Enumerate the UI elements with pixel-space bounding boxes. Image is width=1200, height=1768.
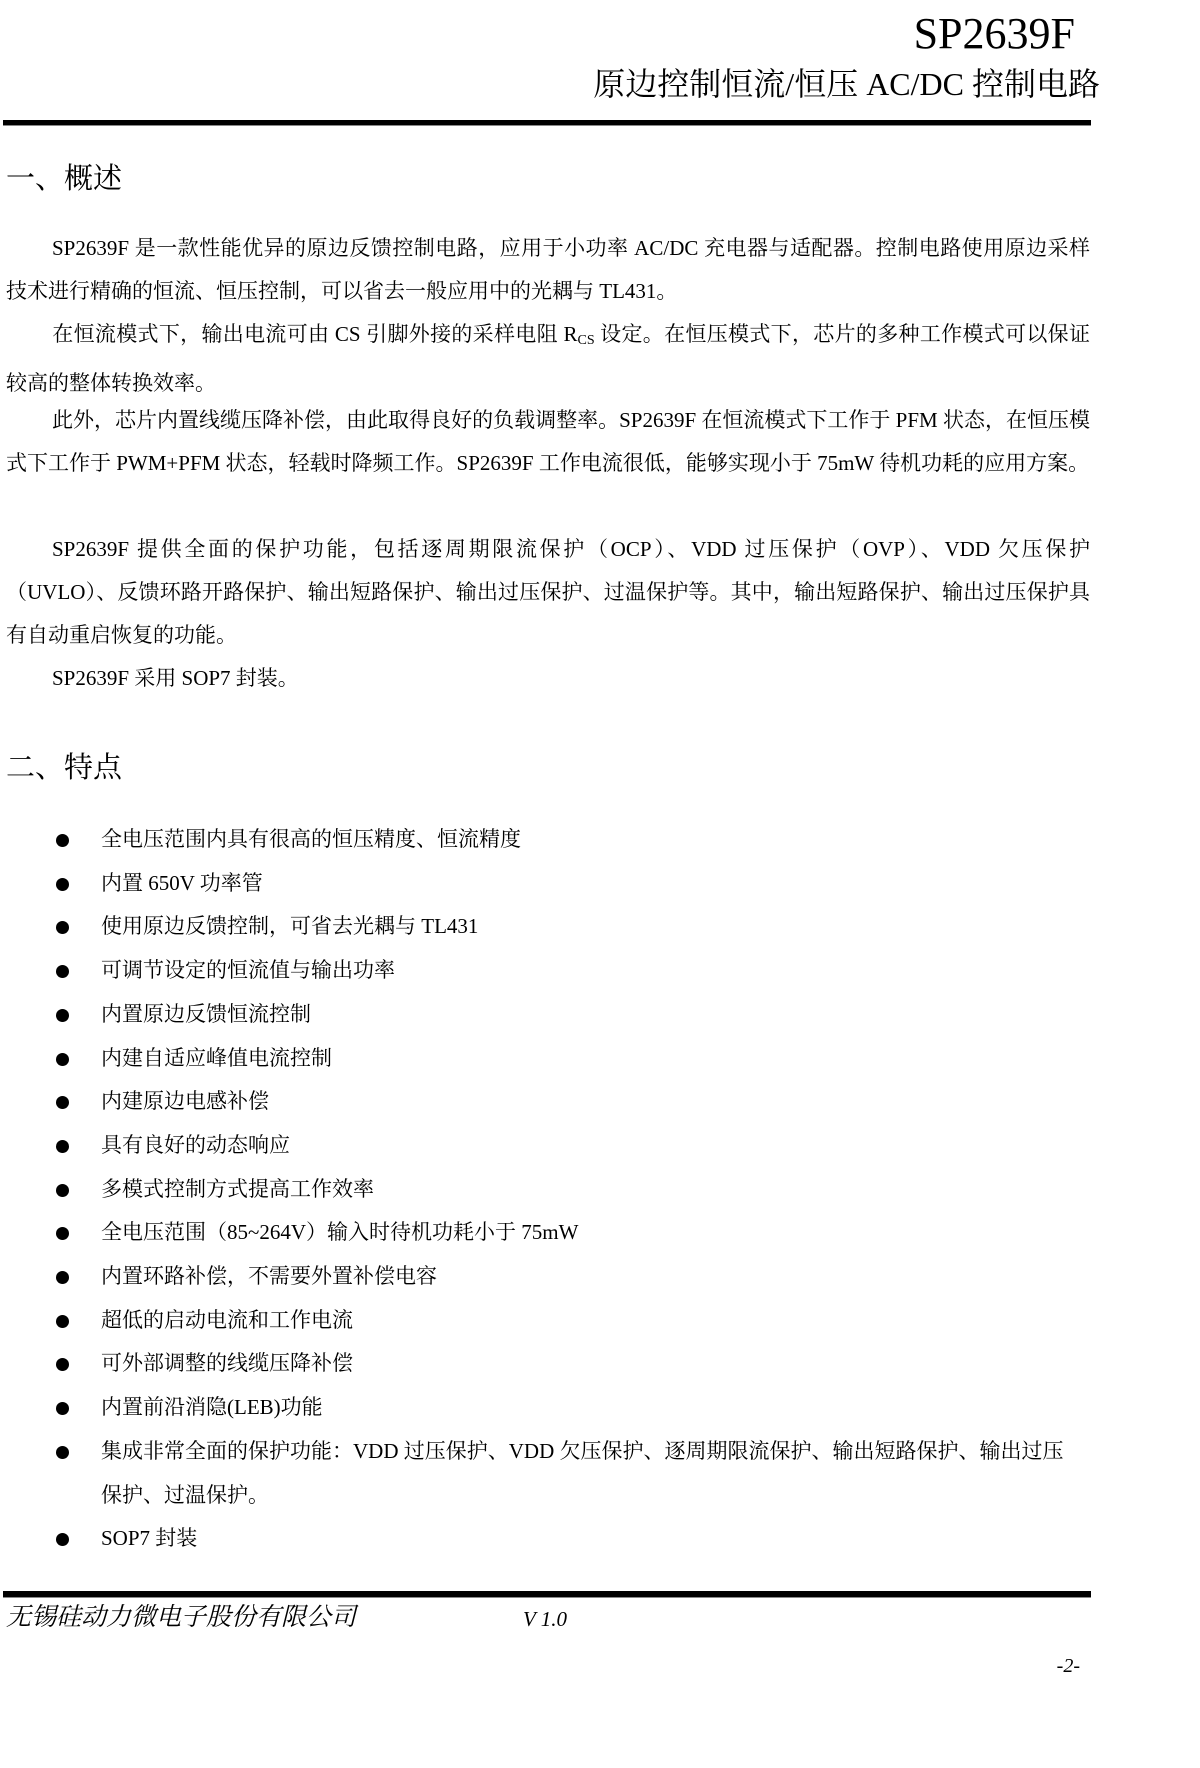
feature-text: 使用原边反馈控制，可省去光耦与 TL431 (101, 905, 1081, 949)
feature-item: 超低的启动电流和工作电流 (0, 1299, 1100, 1343)
feature-text: 内置环路补偿，不需要外置补偿电容 (101, 1255, 1081, 1299)
paragraph-text: SP2639F 采用 SOP7 封装。 (52, 666, 299, 690)
feature-item: 集成非常全面的保护功能：VDD 过压保护、VDD 欠压保护、逐周期限流保护、输出… (0, 1430, 1100, 1517)
feature-text: 全电压范围（85~264V）输入时待机功耗小于 75mW (101, 1211, 1081, 1255)
bullet-icon (56, 1358, 69, 1371)
overview-paragraph-5: SP2639F 采用 SOP7 封装。 (6, 657, 1090, 700)
bullet-icon (56, 921, 69, 934)
document-version: V 1.0 (523, 1603, 567, 1635)
bullet-icon (56, 965, 69, 978)
feature-item: 内置前沿消隐(LEB)功能 (0, 1386, 1100, 1430)
section-title-overview: 一、概述 (6, 160, 122, 196)
paragraph-text: 在恒流模式下，输出电流可由 CS 引脚外接的采样电阻 R (52, 322, 578, 346)
feature-text: 可调节设定的恒流值与输出功率 (101, 949, 1081, 993)
feature-item: 内置原边反馈恒流控制 (0, 993, 1100, 1037)
overview-paragraph-1: SP2639F 是一款性能优异的原边反馈控制电路，应用于小功率 AC/DC 充电… (6, 227, 1090, 313)
feature-item: 全电压范围内具有很高的恒压精度、恒流精度 (0, 818, 1100, 862)
feature-text: 多模式控制方式提高工作效率 (101, 1168, 1081, 1212)
rcs-subscript: CS (578, 333, 595, 348)
feature-item: 内建自适应峰值电流控制 (0, 1037, 1100, 1081)
feature-item: 多模式控制方式提高工作效率 (0, 1168, 1100, 1212)
feature-text: 内建原边电感补偿 (101, 1080, 1081, 1124)
feature-text: 内建自适应峰值电流控制 (101, 1037, 1081, 1081)
footer-divider (3, 1591, 1091, 1598)
bullet-icon (56, 1140, 69, 1153)
paragraph-text: 此外，芯片内置线缆压降补偿，由此取得良好的负载调整率。SP2639F 在恒流模式… (6, 408, 1090, 475)
page-number: -2- (1057, 1651, 1080, 1681)
feature-text: 全电压范围内具有很高的恒压精度、恒流精度 (101, 818, 1081, 862)
feature-item: 全电压范围（85~264V）输入时待机功耗小于 75mW (0, 1211, 1100, 1255)
bullet-icon (56, 834, 69, 847)
bullet-icon (56, 878, 69, 891)
bullet-icon (56, 1533, 69, 1546)
feature-text: 内置前沿消隐(LEB)功能 (101, 1386, 1081, 1430)
company-name: 无锡硅动力微电子股份有限公司 (6, 1600, 356, 1636)
feature-list: 全电压范围内具有很高的恒压精度、恒流精度 内置 650V 功率管 使用原边反馈控… (0, 818, 1100, 1561)
bullet-icon (56, 1446, 69, 1459)
feature-item: 可外部调整的线缆压降补偿 (0, 1342, 1100, 1386)
paragraph-text: SP2639F 是一款性能优异的原边反馈控制电路，应用于小功率 AC/DC 充电… (6, 236, 1090, 303)
feature-item: SOP7 封装 (0, 1517, 1100, 1561)
bullet-icon (56, 1227, 69, 1240)
bullet-icon (56, 1402, 69, 1415)
feature-text: 可外部调整的线缆压降补偿 (101, 1342, 1081, 1386)
feature-text: 内置原边反馈恒流控制 (101, 993, 1081, 1037)
overview-paragraph-2: 在恒流模式下，输出电流可由 CS 引脚外接的采样电阻 RCS 设定。在恒压模式下… (6, 313, 1090, 405)
feature-text: 集成非常全面的保护功能：VDD 过压保护、VDD 欠压保护、逐周期限流保护、输出… (101, 1430, 1081, 1517)
bullet-icon (56, 1315, 69, 1328)
bullet-icon (56, 1184, 69, 1197)
overview-paragraph-4: SP2639F 提供全面的保护功能，包括逐周期限流保护（OCP）、VDD 过压保… (6, 528, 1090, 657)
feature-text: SOP7 封装 (101, 1517, 1081, 1561)
bullet-icon (56, 1009, 69, 1022)
bullet-icon (56, 1096, 69, 1109)
section-title-features: 二、特点 (6, 749, 122, 785)
overview-paragraph-3: 此外，芯片内置线缆压降补偿，由此取得良好的负载调整率。SP2639F 在恒流模式… (6, 399, 1090, 485)
header-divider (3, 120, 1091, 126)
feature-item: 内建原边电感补偿 (0, 1080, 1100, 1124)
feature-item: 内置环路补偿，不需要外置补偿电容 (0, 1255, 1100, 1299)
feature-item: 内置 650V 功率管 (0, 862, 1100, 906)
feature-item: 可调节设定的恒流值与输出功率 (0, 949, 1100, 993)
feature-text: 具有良好的动态响应 (101, 1124, 1081, 1168)
paragraph-text: SP2639F 提供全面的保护功能，包括逐周期限流保护（OCP）、VDD 过压保… (6, 537, 1090, 647)
feature-item: 使用原边反馈控制，可省去光耦与 TL431 (0, 905, 1100, 949)
feature-text: 内置 650V 功率管 (101, 862, 1081, 906)
document-subtitle: 原边控制恒流/恒压 AC/DC 控制电路 (593, 64, 1100, 104)
bullet-icon (56, 1053, 69, 1066)
part-number: SP2639F (914, 8, 1075, 60)
feature-item: 具有良好的动态响应 (0, 1124, 1100, 1168)
feature-text: 超低的启动电流和工作电流 (101, 1299, 1081, 1343)
bullet-icon (56, 1271, 69, 1284)
